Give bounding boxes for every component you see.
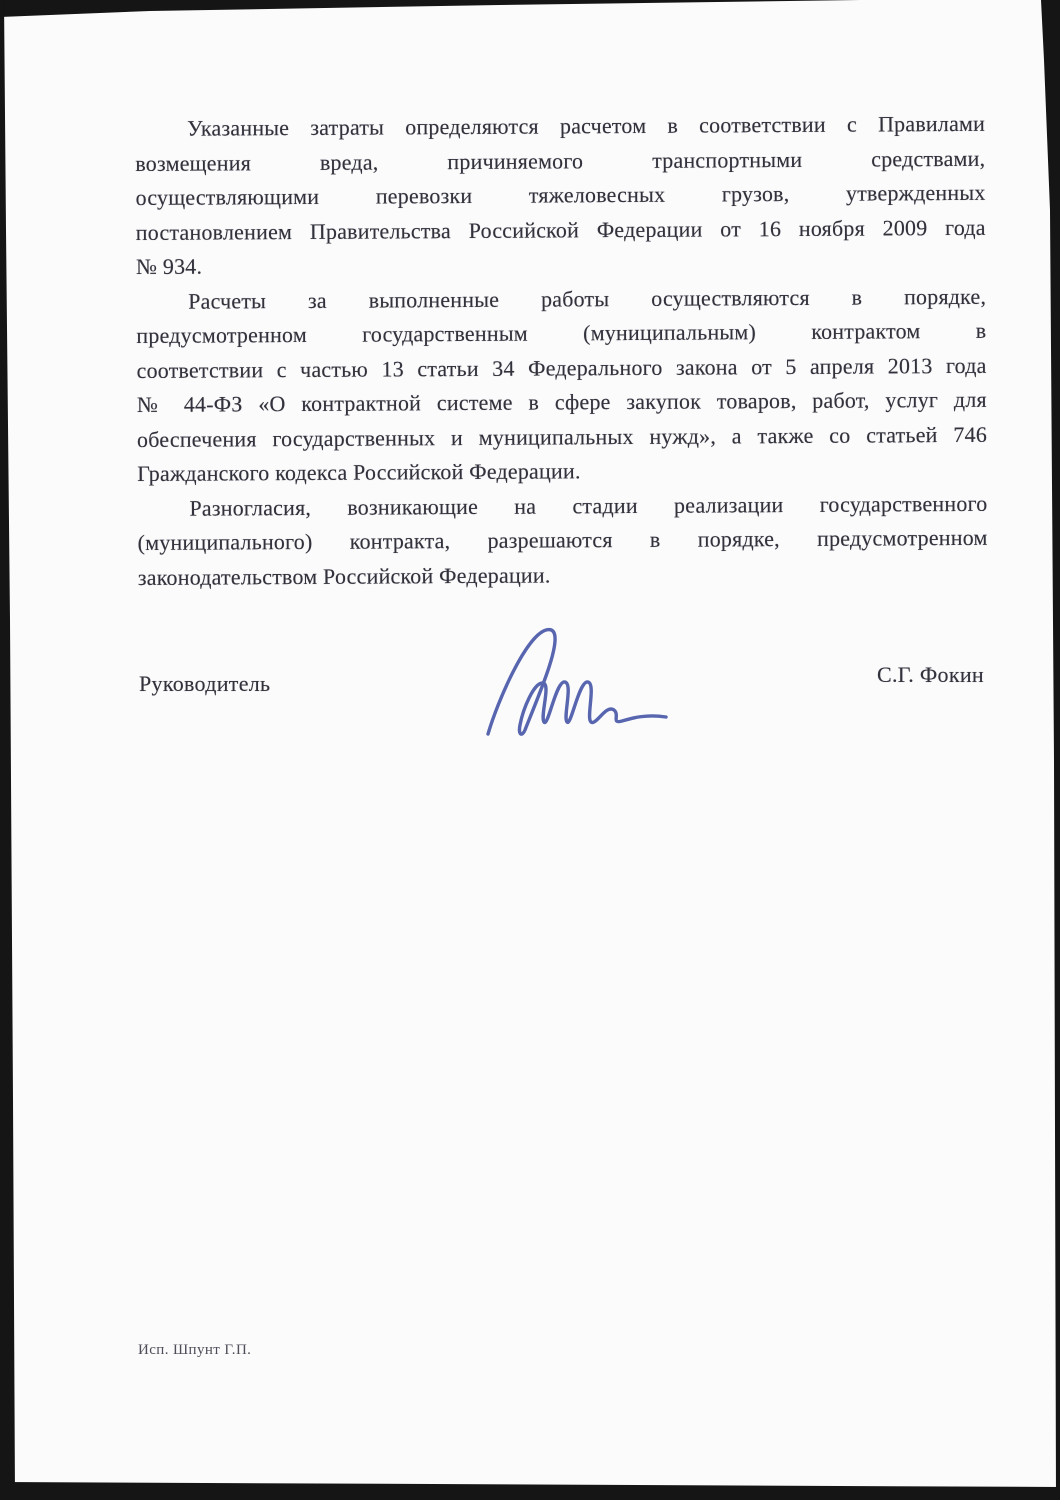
text-line: возмещения вреда, причиняемого транспорт… <box>135 141 985 181</box>
paragraph: Расчеты за выполненные работы осуществля… <box>136 279 987 491</box>
scan-edge-left <box>0 0 15 1500</box>
text-line: осуществляющими перевозки тяжеловесных г… <box>135 176 985 216</box>
scan-edge-top <box>0 0 860 17</box>
signature-image <box>470 622 685 752</box>
text-line: Указанные затраты определяются расчетом … <box>135 107 985 147</box>
scan-edge-bottom <box>0 1482 1060 1500</box>
text-line: (муниципального) контракта, разрешаются … <box>138 521 988 561</box>
letter-body: Указанные затраты определяются расчетом … <box>135 107 988 595</box>
signatory-title: Руководитель <box>139 671 270 697</box>
executor-note: Исп. Шпунт Г.П. <box>138 1342 251 1359</box>
text-line: Расчеты за выполненные работы осуществля… <box>136 279 986 319</box>
text-line: обеспечения государственных и муниципаль… <box>137 417 987 457</box>
signatory-name: С.Г. Фокин <box>877 662 984 688</box>
text-line: № 44-ФЗ «О контрактной системе в сфере з… <box>137 383 987 423</box>
text-line: № 934. <box>136 245 986 285</box>
paragraph: Разногласия, возникающие на стадии реали… <box>137 486 988 595</box>
text-line: Гражданского кодекса Российской Федераци… <box>137 452 987 492</box>
text-line: соответствии с частью 13 статьи 34 Федер… <box>136 348 986 388</box>
scanned-letter-page: Указанные затраты определяются расчетом … <box>0 0 1060 1500</box>
text-line: постановлением Правительства Российской … <box>136 210 986 250</box>
scan-edge-right <box>1041 0 1060 1500</box>
text-line: предусмотренном государственным (муницип… <box>136 314 986 354</box>
text-line: законодательством Российской Федерации. <box>138 555 988 595</box>
paragraph: Указанные затраты определяются расчетом … <box>135 107 986 285</box>
text-line: Разногласия, возникающие на стадии реали… <box>137 486 987 526</box>
